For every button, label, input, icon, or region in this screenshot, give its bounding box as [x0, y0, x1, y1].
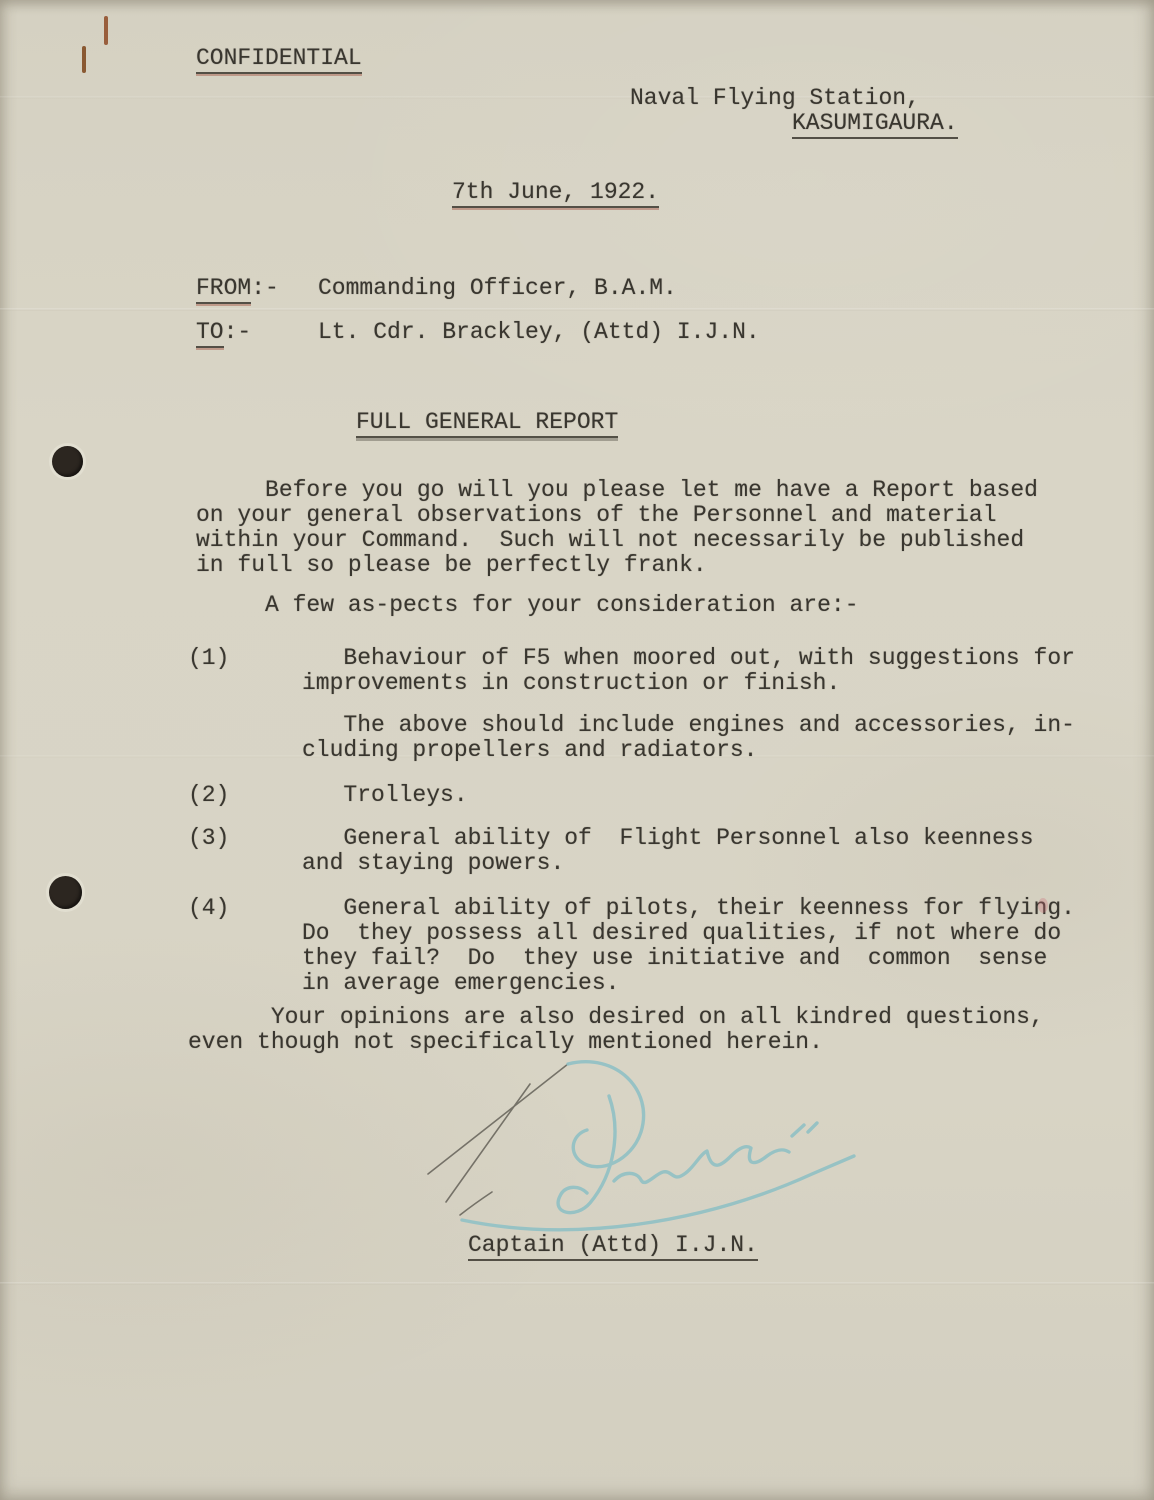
paragraph-closing: Your opinions are also desired on all ki…: [188, 1005, 1044, 1055]
report-title: FULL GENERAL REPORT: [356, 410, 618, 438]
to-separator: :-: [224, 319, 252, 345]
item-3-text: General ability of Flight Personnel also…: [302, 826, 1034, 876]
paragraph-aspects: A few as-pects for your consideration ar…: [196, 593, 859, 618]
to-value: Lt. Cdr. Brackley, (Attd) I.J.N.: [318, 320, 760, 345]
paper-crease: [0, 1282, 1154, 1285]
report-title-text: FULL GENERAL REPORT: [356, 410, 618, 438]
date-text: 7th June, 1922.: [452, 180, 659, 208]
letterhead-line2: KASUMIGAURA.: [792, 111, 958, 139]
signoff-text: Captain (Attd) I.J.N.: [468, 1233, 758, 1261]
paper-crease: [0, 96, 1154, 99]
from-label: FROM:-: [196, 276, 279, 304]
punch-hole: [49, 876, 82, 909]
classification-text: CONFIDENTIAL: [196, 46, 362, 74]
item-2-number: (2): [188, 783, 229, 808]
from-value: Commanding Officer, B.A.M.: [318, 276, 677, 301]
ink-smudge: [1038, 898, 1048, 913]
date-line: 7th June, 1922.: [452, 180, 659, 208]
letterhead-station-name: KASUMIGAURA.: [792, 111, 958, 139]
rust-mark: [82, 46, 86, 73]
document-page: CONFIDENTIAL Naval Flying Station, KASUM…: [0, 0, 1154, 1500]
signature-pencil-stroke: [428, 1064, 568, 1215]
punch-hole: [52, 446, 83, 477]
letterhead-line1: Naval Flying Station,: [630, 86, 920, 111]
to-label: TO:-: [196, 320, 251, 348]
from-separator: :-: [251, 275, 279, 301]
item-4-number: (4): [188, 896, 229, 921]
item-1-text: Behaviour of F5 when moored out, with su…: [302, 646, 1075, 696]
rust-mark: [104, 16, 108, 45]
item-4-text: General ability of pilots, their keennes…: [302, 896, 1075, 996]
item-2-text: Trolleys.: [302, 783, 468, 808]
handwritten-signature: [400, 1052, 920, 1252]
paragraph-intro: Before you go will you please let me hav…: [196, 478, 1038, 578]
paper-crease: [0, 308, 1154, 311]
signature-ink-stroke: [462, 1062, 854, 1230]
item-1-number: (1): [188, 646, 229, 671]
item-1-addendum: The above should include engines and acc…: [302, 713, 1075, 763]
classification-stamp: CONFIDENTIAL: [196, 46, 362, 74]
signoff: Captain (Attd) I.J.N.: [468, 1233, 758, 1261]
item-3-number: (3): [188, 826, 229, 851]
